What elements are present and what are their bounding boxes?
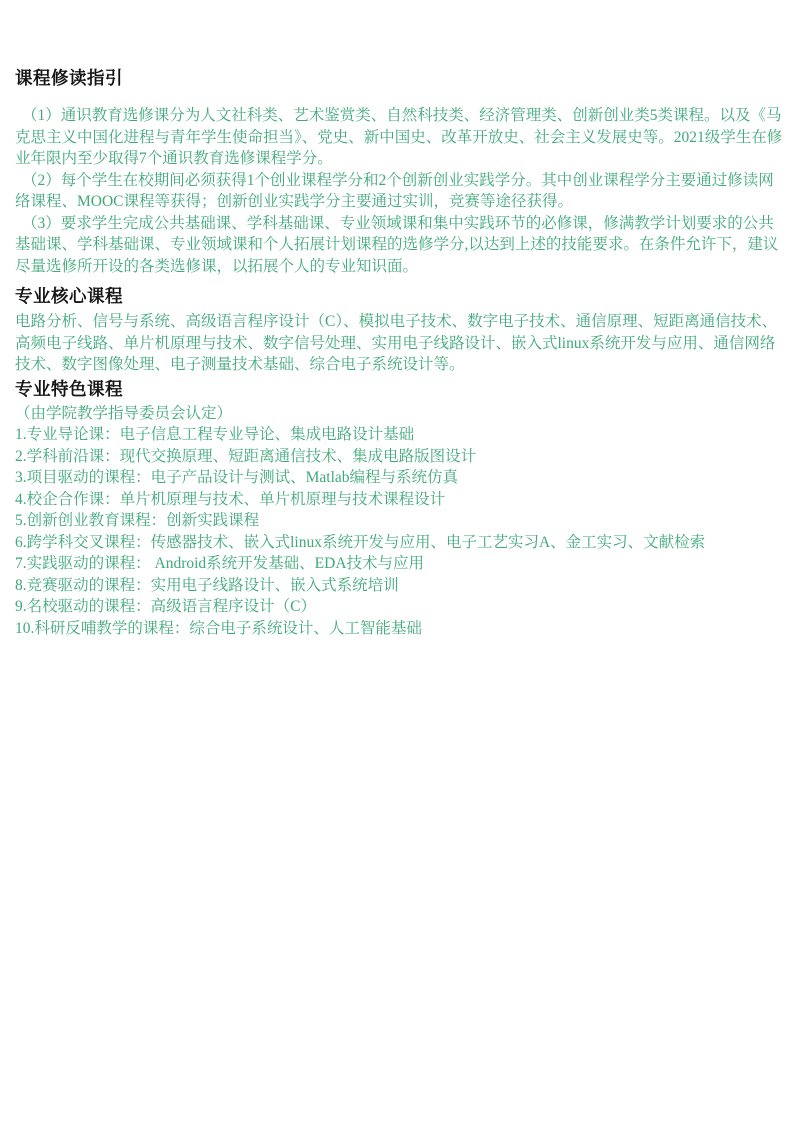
featured-course-item: 5.创新创业教育课程：创新实践课程 — [15, 510, 785, 532]
featured-course-item: 1.专业导论课：电子信息工程专业导论、集成电路设计基础 — [15, 424, 785, 446]
featured-course-item: 3.项目驱动的课程：电子产品设计与测试、Matlab编程与系统仿真 — [15, 467, 785, 489]
guide-section-heading: 课程修读指引 — [15, 66, 785, 90]
featured-course-item: 10.科研反哺教学的课程：综合电子系统设计、人工智能基础 — [15, 618, 785, 640]
featured-course-item: 6.跨学科交叉课程：传感器技术、嵌入式linux系统开发与应用、电子工艺实习A、… — [15, 532, 785, 554]
guide-paragraph-2: （2）每个学生在校期间必须获得1个创业课程学分和2个创新创业实践学分。其中创业课… — [15, 170, 785, 213]
featured-course-item: 2.学科前沿课：现代交换原理、短距离通信技术、集成电路版图设计 — [15, 446, 785, 468]
featured-courses-body: （由学院教学指导委员会认定） 1.专业导论课：电子信息工程专业导论、集成电路设计… — [15, 403, 785, 640]
featured-courses-note: （由学院教学指导委员会认定） — [15, 403, 785, 425]
guide-paragraph-3: （3）要求学生完成公共基础课、学科基础课、专业领域课和集中实践环节的必修课，修满… — [15, 213, 785, 278]
document-page: 课程修读指引 （1）通识教育选修课分为人文社科类、艺术鉴赏类、自然科技类、经济管… — [0, 0, 799, 639]
featured-course-item: 8.竞赛驱动的课程：实用电子线路设计、嵌入式系统培训 — [15, 575, 785, 597]
guide-paragraph-1: （1）通识教育选修课分为人文社科类、艺术鉴赏类、自然科技类、经济管理类、创新创业… — [15, 105, 785, 170]
featured-course-item: 9.名校驱动的课程：高级语言程序设计（C） — [15, 596, 785, 618]
core-courses-heading: 专业核心课程 — [15, 284, 785, 308]
guide-section-body: （1）通识教育选修课分为人文社科类、艺术鉴赏类、自然科技类、经济管理类、创新创业… — [15, 105, 785, 277]
featured-course-item: 7.实践驱动的课程： Android系统开发基础、EDA技术与应用 — [15, 553, 785, 575]
featured-courses-heading: 专业特色课程 — [15, 377, 785, 401]
core-courses-paragraph: 电路分析、信号与系统、高级语言程序设计（C）、模拟电子技术、数字电子技术、通信原… — [15, 311, 785, 376]
featured-course-item: 4.校企合作课：单片机原理与技术、单片机原理与技术课程设计 — [15, 489, 785, 511]
core-courses-body: 电路分析、信号与系统、高级语言程序设计（C）、模拟电子技术、数字电子技术、通信原… — [15, 311, 785, 376]
